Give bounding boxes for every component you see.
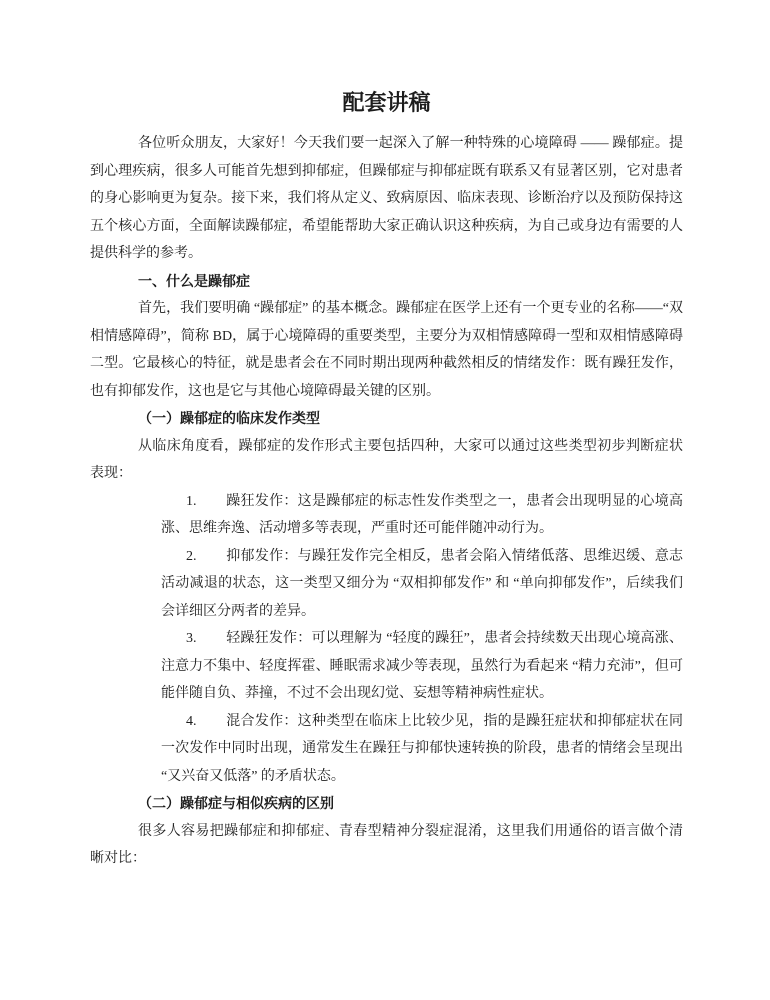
list-item-text: 混合发作：这种类型在临床上比较少见，指的是躁狂症状和抑郁症状在同一次发作中同时出… (161, 714, 683, 784)
clinical-types-lead-paragraph: 从临床角度看，躁郁症的发作形式主要包括四种，大家可以通过这些类型初步判断症状表现… (90, 433, 683, 488)
list-item: 2.抑郁发作：与躁狂发作完全相反，患者会陷入情绪低落、思维迟缓、意志活动减退的状… (90, 543, 683, 626)
list-item-text: 躁狂发作：这是躁郁症的标志性发作类型之一，患者会出现明显的心境高涨、思维奔逸、活… (161, 494, 683, 537)
intro-paragraph: 各位听众朋友，大家好！今天我们要一起深入了解一种特殊的心境障碍 —— 躁郁症。提… (90, 130, 683, 268)
list-item: 3.轻躁狂发作：可以理解为 “轻度的躁狂”，患者会持续数天出现心境高涨、注意力不… (90, 625, 683, 708)
list-item-number: 2. (186, 543, 226, 571)
list-item-text: 抑郁发作：与躁狂发作完全相反，患者会陷入情绪低落、思维迟缓、意志活动减退的状态，… (161, 549, 683, 619)
list-item-number: 1. (186, 488, 226, 516)
list-item-number: 3. (186, 625, 226, 653)
subsection-heading-clinical-types: （一）躁郁症的临床发作类型 (138, 405, 683, 433)
section-heading-what-is: 一、什么是躁郁症 (138, 268, 683, 296)
list-item: 4.混合发作：这种类型在临床上比较少见，指的是躁狂症状和抑郁症状在同一次发作中同… (90, 708, 683, 791)
subsection-heading-differences: （二）躁郁症与相似疾病的区别 (138, 790, 683, 818)
document-page: 配套讲稿 各位听众朋友，大家好！今天我们要一起深入了解一种特殊的心境障碍 —— … (0, 0, 770, 1000)
list-item-text: 轻躁狂发作：可以理解为 “轻度的躁狂”，患者会持续数天出现心境高涨、注意力不集中… (161, 631, 683, 701)
document-title: 配套讲稿 (90, 86, 683, 120)
list-item-number: 4. (186, 708, 226, 736)
differences-lead-paragraph: 很多人容易把躁郁症和抑郁症、青春型精神分裂症混淆，这里我们用通俗的语言做个清晰对… (90, 818, 683, 873)
definition-paragraph: 首先，我们要明确 “躁郁症” 的基本概念。躁郁症在医学上还有一个更专业的名称——… (90, 295, 683, 405)
list-item: 1.躁狂发作：这是躁郁症的标志性发作类型之一，患者会出现明显的心境高涨、思维奔逸… (90, 488, 683, 543)
